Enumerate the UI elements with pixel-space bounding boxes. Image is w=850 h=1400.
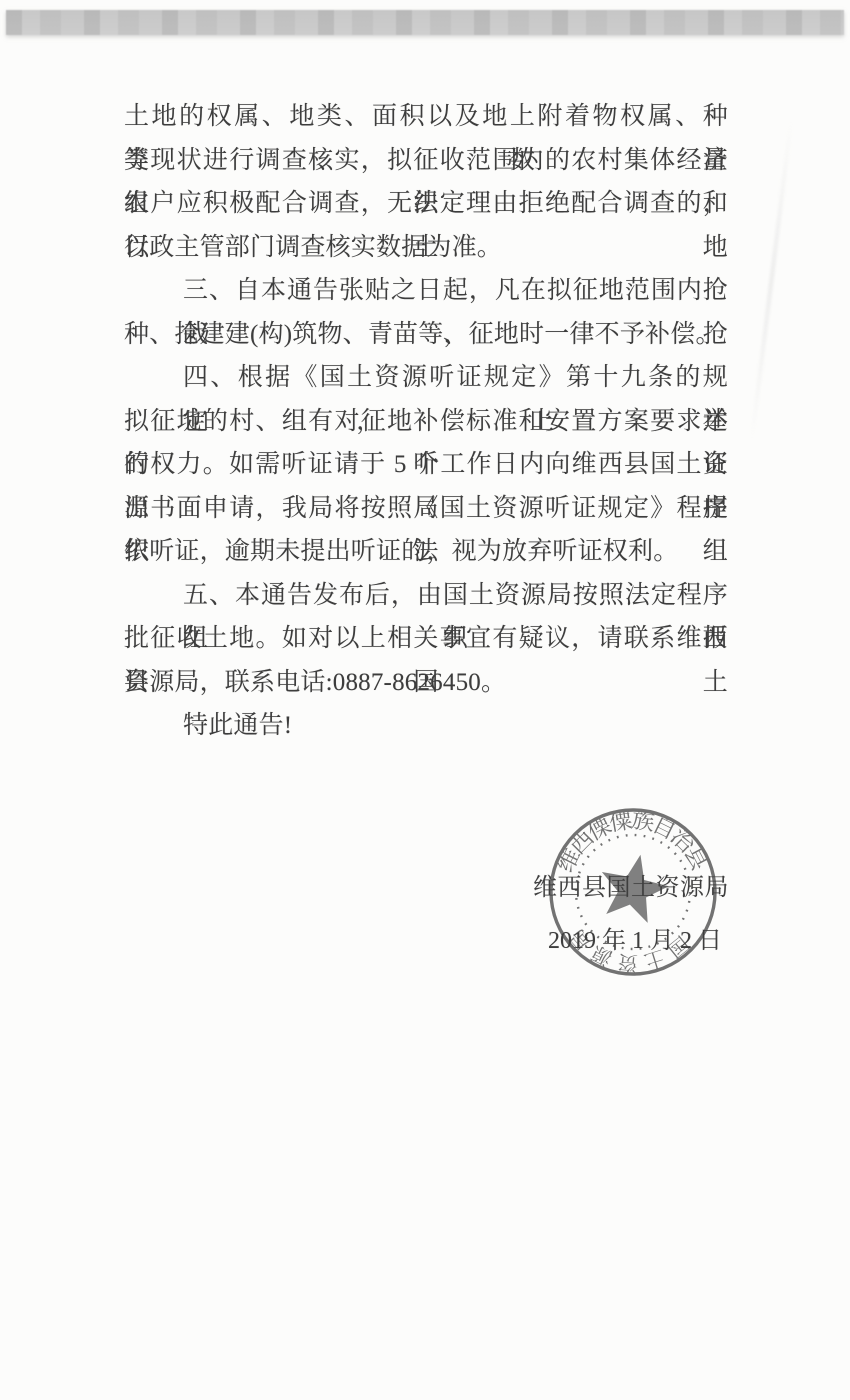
text-line: 批征收土地。如对以上相关事宜有疑议，请联系维西县国土: [124, 617, 728, 661]
document-body-text: 土地的权属、地类、面积以及地上附着物权属、种类、数量等现状进行调查核实，拟征收范…: [124, 95, 728, 748]
signature-org: 维西县国土资源局: [533, 866, 763, 910]
text-line: 种、抢建建(构)筑物、青苗等，征地时一律不予补偿。: [124, 313, 728, 357]
signature-block: 维西县国土资源局 2019 年 1 月 2 日: [533, 866, 763, 963]
text-line: 织听证，逾期未提出听证的，视为放弃听证权利。: [124, 530, 728, 574]
text-line: 三、自本通告张贴之日起，凡在拟征地范围内抢栽、抢: [124, 269, 728, 313]
scanned-document-page: 土地的权属、地类、面积以及地上附着物权属、种类、数量等现状进行调查核实，拟征收范…: [0, 0, 850, 1400]
text-line: 等现状进行调查核实，拟征收范围内的农村集体经济组织和: [124, 139, 728, 183]
text-line: 五、本通告发布后，由国土资源局按照法定程序组织报: [124, 574, 728, 618]
text-line: 拟征地的村、组有对征地补偿标准和安置方案要求举行听证: [124, 400, 728, 444]
paper-crease: [751, 121, 793, 439]
text-line: 四、根据《国土资源听证规定》第十九条的规定，上述: [124, 356, 728, 400]
scanner-artifact-band: [6, 10, 844, 35]
signature-date: 2019 年 1 月 2 日: [548, 919, 763, 963]
text-line: 的权力。如需听证请于 5 个工作日内向维西县国土资源局提: [124, 443, 728, 487]
text-line: 农户应积极配合调查，无法定理由拒绝配合调查的，以土地: [124, 182, 728, 226]
text-line: 特此通告!: [124, 704, 728, 748]
text-line: 出书面申请，我局将按照《国土资源听证规定》程序依法组: [124, 487, 728, 531]
text-line: 土地的权属、地类、面积以及地上附着物权属、种类、数量: [124, 95, 728, 139]
